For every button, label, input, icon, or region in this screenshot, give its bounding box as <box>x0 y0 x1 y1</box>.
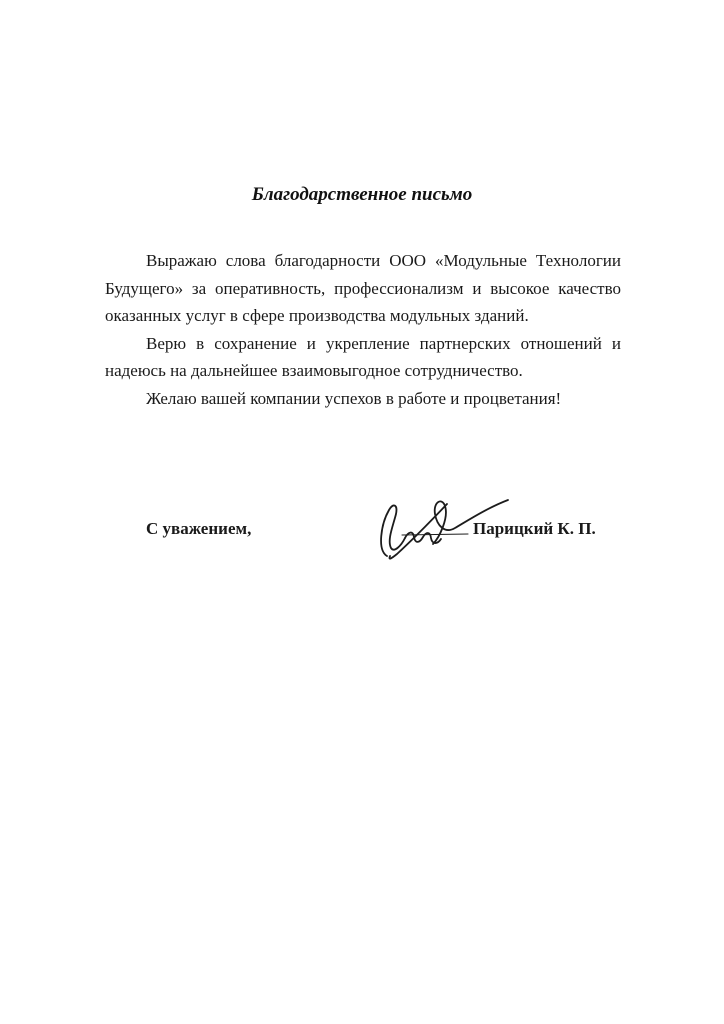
closing-salutation: С уважением, <box>146 519 251 539</box>
letter-title: Благодарственное письмо <box>0 184 724 206</box>
paragraph-3: Желаю вашей компании успехов в работе и … <box>105 385 621 413</box>
closing-block: С уважением, Парицкий К. П. <box>105 512 621 582</box>
letter-page: Благодарственное письмо Выражаю слова бл… <box>0 0 724 1024</box>
paragraph-1: Выражаю слова благодарности ООО «Модульн… <box>105 247 621 330</box>
letter-body: Выражаю слова благодарности ООО «Модульн… <box>105 247 621 412</box>
paragraph-2: Верю в сохранение и укрепление партнерск… <box>105 330 621 385</box>
signatory-name: Парицкий К. П. <box>473 519 596 539</box>
